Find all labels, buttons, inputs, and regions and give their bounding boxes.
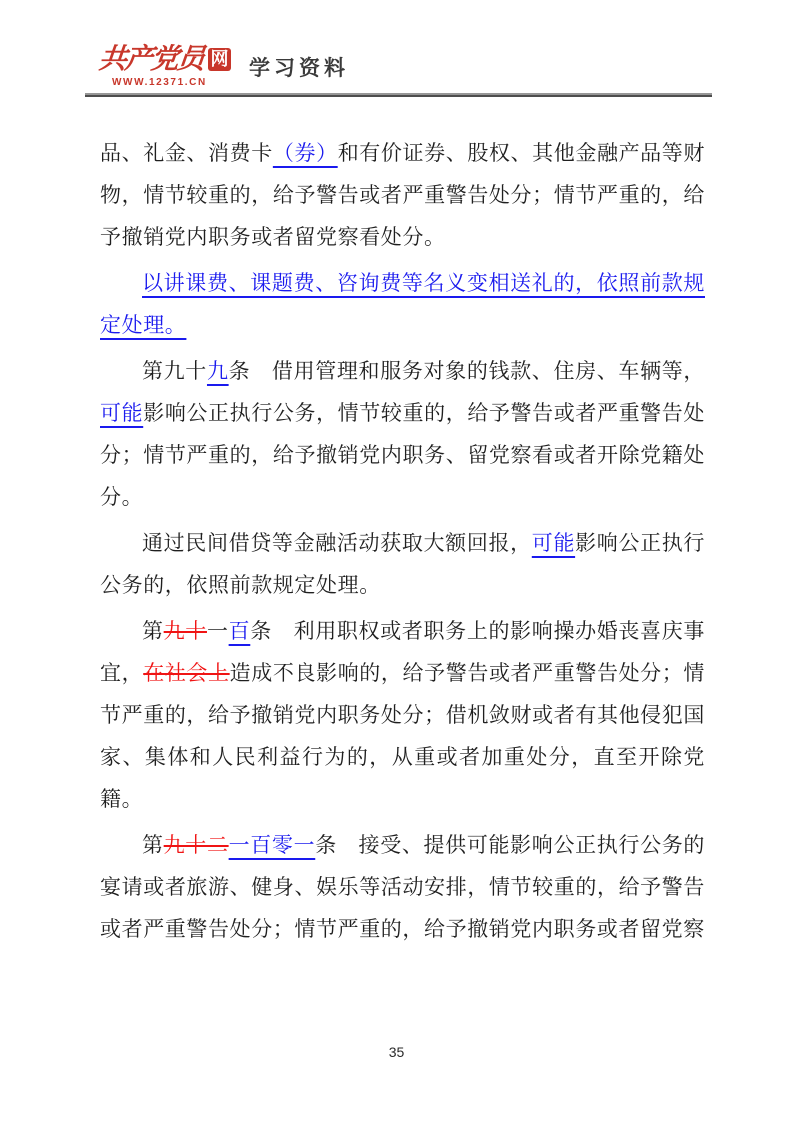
deleted-text: 九十 [164,619,207,643]
inserted-text: （券） [273,141,338,165]
deleted-text: 在社会上 [143,661,229,685]
site-logo: 共产党员 网 WWW.12371.CN [99,44,231,88]
document-body: 品、礼金、消费卡（券）和有价证券、股权、其他金融产品等财物，情节较重的，给予警告… [100,132,705,954]
inserted-text: 以讲课费、课题费、咨询费等名义变相送礼的，依照前款规定处理。 [100,271,705,337]
inserted-text: 一百零一 [229,833,316,857]
text-run: 通过民间借贷等金融活动获取大额回报， [142,531,532,555]
paragraph: 第九十一百条 利用职权或者职务上的影响操办婚丧喜庆事宜，在社会上造成不良影响的，… [100,610,705,820]
inserted-text: 百 [229,619,251,643]
header-divider [85,95,712,97]
logo-url-text: WWW.12371.CN [99,77,231,88]
paragraph: 品、礼金、消费卡（券）和有价证券、股权、其他金融产品等财物，情节较重的，给予警告… [100,132,705,258]
text-run: 第 [142,619,164,643]
text-run: 品、礼金、消费卡 [100,141,273,165]
text-run: 条 借用管理和服务对象的钱款、住房、车辆等， [229,359,705,383]
page-number: 35 [0,1044,793,1060]
inserted-text: 九 [207,359,229,383]
header-title: 学习资料 [249,52,349,82]
logo-net-icon: 网 [208,48,231,71]
paragraph: 通过民间借贷等金融活动获取大额回报，可能影响公正执行公务的，依照前款规定处理。 [100,522,705,606]
paragraph: 以讲课费、课题费、咨询费等名义变相送礼的，依照前款规定处理。 [100,262,705,346]
text-run: 第 [142,833,164,857]
text-run: 第九十 [142,359,207,383]
deleted-text: 九十二 [164,833,229,857]
text-run: 影响公正执行公务，情节较重的，给予警告或者严重警告处分；情节严重的，给予撤销党内… [100,401,705,509]
inserted-text: 可能 [532,531,575,555]
paragraph: 第九十九条 借用管理和服务对象的钱款、住房、车辆等，可能影响公正执行公务，情节较… [100,350,705,518]
inserted-text: 可能 [100,401,143,425]
site-header: 共产党员 网 WWW.12371.CN 学习资料 [85,44,712,97]
logo-calligraphy-text: 共产党员 [97,44,204,74]
paragraph: 第九十二一百零一条 接受、提供可能影响公正执行公务的宴请或者旅游、健身、娱乐等活… [100,824,705,950]
text-run: 一 [207,619,229,643]
